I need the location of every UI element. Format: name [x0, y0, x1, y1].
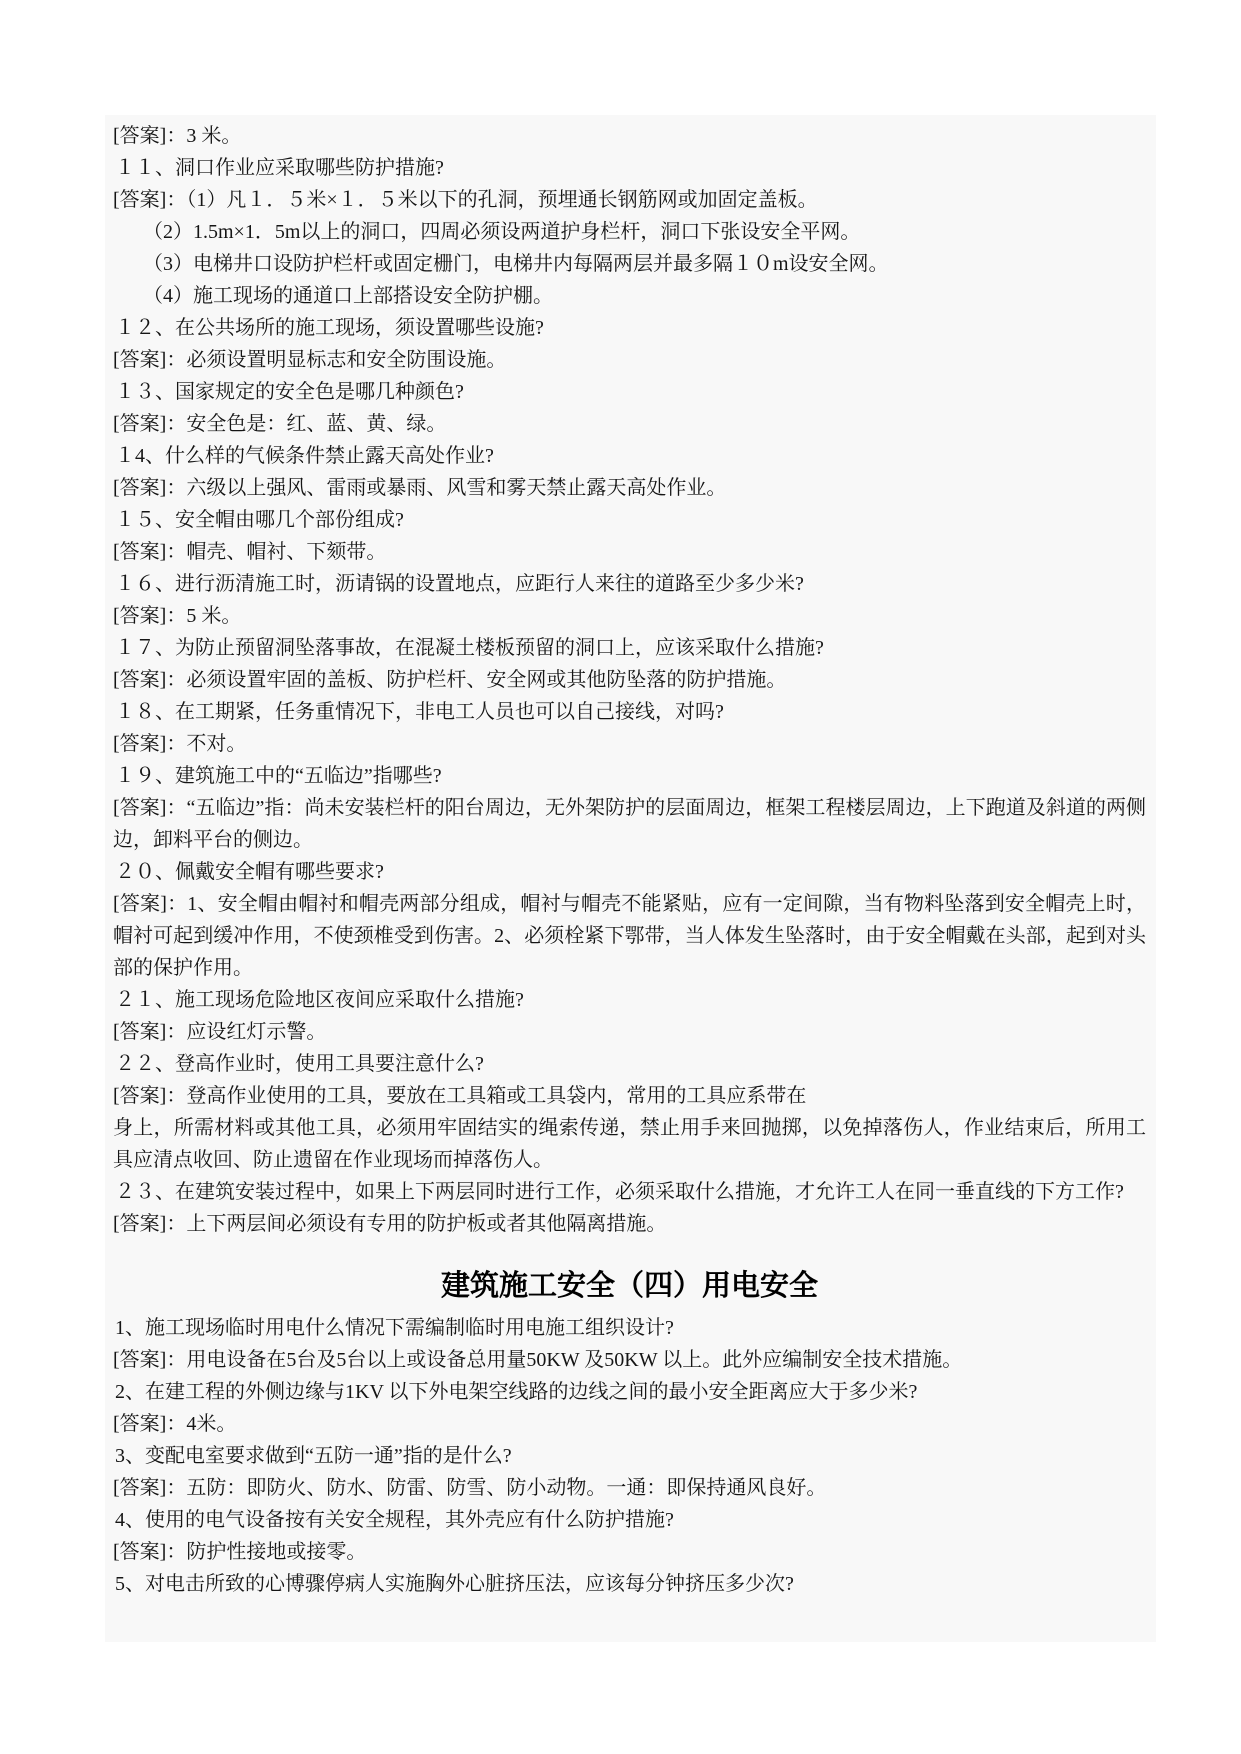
answer-paragraph: [答案]：用电设备在5台及5台以上或设备总用量50KW 及50KW 以上。此外应… [113, 1344, 1146, 1376]
continuation-paragraph: 身上，所需材料或其他工具，必须用牢固结实的绳索传递，禁止用手来回抛掷，以免掉落伤… [113, 1112, 1146, 1176]
answer-paragraph: [答案]：登高作业使用的工具，要放在工具箱或工具袋内，常用的工具应系带在 [113, 1080, 1146, 1112]
answer-paragraph: [答案]：安全色是：红、蓝、黄、绿。 [113, 408, 1146, 440]
question-paragraph: １６、进行沥清施工时，沥请锅的设置地点，应距行人来往的道路至少多少米? [113, 568, 1146, 600]
answer-paragraph: [答案]：五防：即防火、防水、防雷、防雪、防小动物。一通：即保持通风良好。 [113, 1472, 1146, 1504]
question-paragraph: ２３、在建筑安装过程中，如果上下两层同时进行工作，必须采取什么措施，才允许工人在… [113, 1176, 1146, 1208]
answer-paragraph: [答案]：“五临边”指：尚未安装栏杆的阳台周边，无外架防护的层面周边，框架工程楼… [113, 792, 1146, 856]
question-paragraph: ２１、施工现场危险地区夜间应采取什么措施? [113, 984, 1146, 1016]
question-paragraph: １９、建筑施工中的“五临边”指哪些? [113, 760, 1146, 792]
answer-paragraph: [答案]：帽壳、帽衬、下颏带。 [113, 536, 1146, 568]
question-paragraph: １８、在工期紧，任务重情况下，非电工人员也可以自己接线，对吗? [113, 696, 1146, 728]
answer-paragraph: [答案]：5 米。 [113, 600, 1146, 632]
section-electrical-safety-qa: 1、施工现场临时用电什么情况下需编制临时用电施工组织设计?[答案]：用电设备在5… [113, 1312, 1146, 1600]
question-paragraph: １１、洞口作业应采取哪些防护措施? [113, 152, 1146, 184]
question-paragraph: 5、对电击所致的心博骤停病人实施胸外心脏挤压法，应该每分钟挤压多少次? [113, 1568, 1146, 1600]
question-paragraph: １4、什么样的气候条件禁止露天高处作业? [113, 440, 1146, 472]
sub-item-paragraph: （3）电梯井口设防护栏杆或固定栅门，电梯井内每隔两层并最多隔１０m设安全网。 [113, 248, 1146, 280]
section-heading: 建筑施工安全（四）用电安全 [113, 1266, 1146, 1306]
section-safety-qa: [答案]：3 米。１１、洞口作业应采取哪些防护措施?[答案]：（1）凡１．５米×… [113, 120, 1146, 1240]
question-paragraph: １７、为防止预留洞坠落事故，在混凝土楼板预留的洞口上，应该采取什么措施? [113, 632, 1146, 664]
answer-paragraph: [答案]：3 米。 [113, 120, 1146, 152]
question-paragraph: 1、施工现场临时用电什么情况下需编制临时用电施工组织设计? [113, 1312, 1146, 1344]
answer-paragraph: [答案]：（1）凡１．５米×１．５米以下的孔洞，预埋通长钢筋网或加固定盖板。 [113, 184, 1146, 216]
answer-paragraph: [答案]：4米。 [113, 1408, 1146, 1440]
answer-paragraph: [答案]：防护性接地或接零。 [113, 1536, 1146, 1568]
question-paragraph: 4、使用的电气设备按有关安全规程，其外壳应有什么防护措施? [113, 1504, 1146, 1536]
answer-paragraph: [答案]：1、安全帽由帽衬和帽壳两部分组成，帽衬与帽壳不能紧贴，应有一定间隙，当… [113, 888, 1146, 984]
document-page: [答案]：3 米。１１、洞口作业应采取哪些防护措施?[答案]：（1）凡１．５米×… [105, 115, 1156, 1642]
question-paragraph: ２０、佩戴安全帽有哪些要求? [113, 856, 1146, 888]
question-paragraph: １５、安全帽由哪几个部份组成? [113, 504, 1146, 536]
question-paragraph: 3、变配电室要求做到“五防一通”指的是什么? [113, 1440, 1146, 1472]
question-paragraph: 2、在建工程的外侧边缘与1KV 以下外电架空线路的边线之间的最小安全距离应大于多… [113, 1376, 1146, 1408]
answer-paragraph: [答案]：应设红灯示警。 [113, 1016, 1146, 1048]
answer-paragraph: [答案]：六级以上强风、雷雨或暴雨、风雪和雾天禁止露天高处作业。 [113, 472, 1146, 504]
answer-paragraph: [答案]：上下两层间必须设有专用的防护板或者其他隔离措施。 [113, 1208, 1146, 1240]
question-paragraph: １３、国家规定的安全色是哪几种颜色? [113, 376, 1146, 408]
question-paragraph: １２、在公共场所的施工现场，须设置哪些设施? [113, 312, 1146, 344]
sub-item-paragraph: （2）1.5m×1．5m以上的洞口，四周必须设两道护身栏杆，洞口下张设安全平网。 [113, 216, 1146, 248]
answer-paragraph: [答案]：必须设置明显标志和安全防围设施。 [113, 344, 1146, 376]
answer-paragraph: [答案]：必须设置牢固的盖板、防护栏杆、安全网或其他防坠落的防护措施。 [113, 664, 1146, 696]
question-paragraph: ２２、登高作业时，使用工具要注意什么? [113, 1048, 1146, 1080]
answer-paragraph: [答案]：不对。 [113, 728, 1146, 760]
sub-item-paragraph: （4）施工现场的通道口上部搭设安全防护棚。 [113, 280, 1146, 312]
